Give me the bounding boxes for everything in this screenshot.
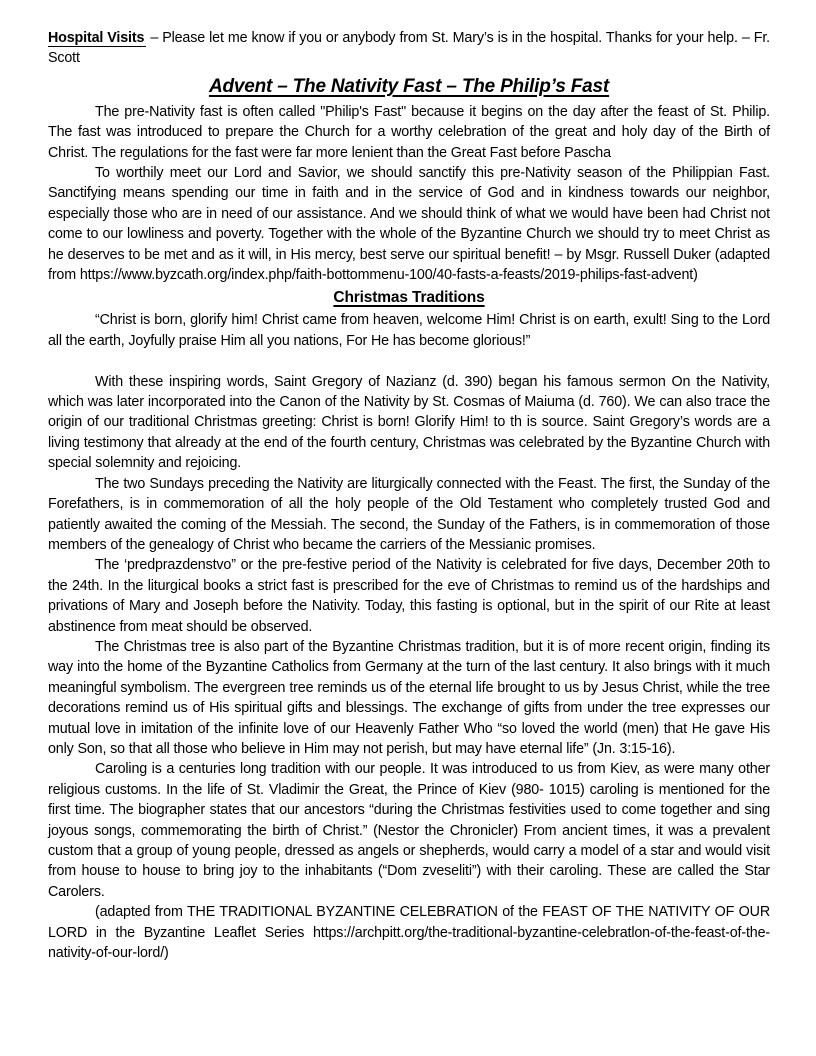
traditions-paragraph-christmas-tree: The Christmas tree is also part of the B…	[48, 637, 770, 759]
advent-paragraph-pre-nativity-fast: The pre-Nativity fast is often called "P…	[48, 102, 770, 163]
advent-paragraph-worthily-meet: To worthily meet our Lord and Savior, we…	[48, 163, 770, 285]
hospital-visits-label: Hospital Visits	[48, 30, 146, 47]
traditions-quote-christ-is-born: “Christ is born, glorify him! Christ cam…	[48, 310, 770, 351]
hospital-visits-text: – Please let me know if you or anybody f…	[48, 30, 770, 66]
hospital-visits-paragraph: Hospital Visits – Please let me know if …	[48, 28, 770, 69]
traditions-paragraph-gregory-nazianz: With these inspiring words, Saint Gregor…	[48, 372, 770, 474]
blank-line-spacer	[48, 351, 770, 371]
christmas-traditions-heading: Christmas Traditions	[48, 287, 770, 308]
advent-heading-text: Advent – The Nativity Fast – The Philip’…	[209, 76, 609, 97]
traditions-paragraph-predprazdenstvo: The ‘predprazdenstvo” or the pre-festive…	[48, 555, 770, 637]
bulletin-page: Hospital Visits – Please let me know if …	[0, 0, 816, 1056]
christmas-traditions-heading-text: Christmas Traditions	[333, 289, 484, 306]
traditions-paragraph-source-credit: (adapted from THE TRADITIONAL BYZANTINE …	[48, 902, 770, 963]
advent-heading: Advent – The Nativity Fast – The Philip’…	[48, 74, 770, 99]
traditions-paragraph-two-sundays: The two Sundays preceding the Nativity a…	[48, 474, 770, 556]
traditions-paragraph-caroling: Caroling is a centuries long tradition w…	[48, 759, 770, 902]
